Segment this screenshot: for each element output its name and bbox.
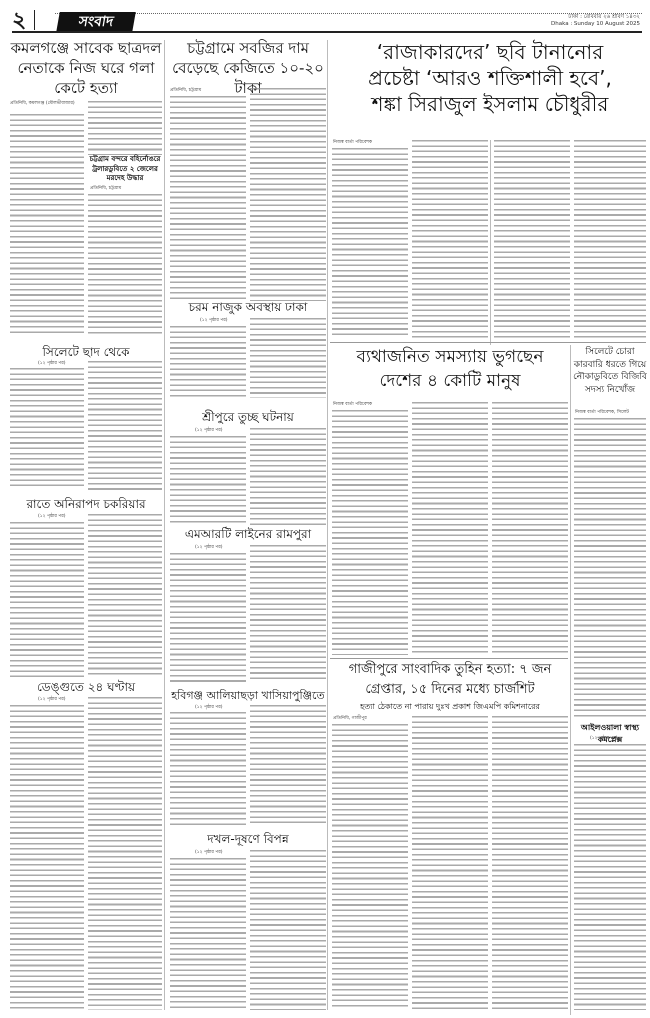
byline-sylhet-roof: (১২ পৃষ্ঠার পর) (38, 361, 88, 367)
article-body-gazipur (332, 724, 408, 1010)
article-body-razakar-4 (574, 140, 646, 338)
article-body-razakar (332, 148, 408, 338)
newspaper-logo: সংবাদ (56, 12, 136, 32)
headline-ctg-port: চট্টগ্রাম বন্দরে বহির্নোঙরে ট্রলারডুবিতে… (88, 155, 162, 184)
byline-chakaria: (১২ পৃষ্ঠার পর) (38, 514, 88, 520)
article-body-gazipur-2 (412, 716, 488, 1010)
article-body-kamalganj-2 (88, 101, 162, 155)
article-body-pain-3 (492, 402, 568, 655)
headline-hobiganj: হবিগঞ্জ আলিয়াছড়া খাসিয়াপুঞ্জিতে (168, 688, 328, 703)
article-body-chakaria-2 (88, 514, 162, 677)
headline-dokhol: দখল-দূষণে বিপন্ন (168, 832, 328, 847)
column-divider (570, 345, 571, 1015)
article-body-mrt (170, 553, 246, 683)
article-body-sylhet-roof-2 (88, 361, 162, 490)
article-body-razakar-2 (412, 140, 488, 338)
byline-mrt: (১২ পৃষ্ঠার পর) (195, 545, 245, 551)
article-body-pain (332, 410, 408, 655)
date-english: Dhaka : Sunday 10 August 2025 (551, 21, 640, 28)
article-body-sylhet-roof (10, 368, 84, 490)
headline-gazipur-line2: গ্রেপ্তার, ১৫ দিনের মধ্যে চার্জশিট (330, 680, 570, 699)
article-body-pain-2 (412, 402, 488, 655)
article-body-bgb (574, 418, 646, 718)
headline-dhaka-fragile: চরম নাজুক অবস্থায় ঢাকা (168, 300, 328, 315)
byline-pain: নিজস্ব বার্তা পরিবেশক (333, 402, 408, 408)
byline-ctg-port: প্রতিনিধি, চট্টগ্রাম (90, 186, 160, 192)
subheadline-gazipur: হত্যা ঠেকাতে না পারায় দুঃখ প্রকাশ জিএমপ… (330, 701, 570, 713)
byline-razakar: নিজস্ব বার্তা পরিবেশক (333, 140, 408, 146)
byline-hobiganj: (১২ পৃষ্ঠার পর) (195, 705, 245, 711)
article-body-dhaka-fragile-2 (250, 318, 326, 398)
masthead-divider (34, 10, 35, 30)
article-body-ailwala (574, 744, 646, 1010)
column-divider (327, 40, 328, 1010)
masthead-date: ঢাকা : রোববার ২৬ শ্রাবণ ১৪৩২ Dhaka : Sun… (551, 14, 640, 28)
byline-sreepur: (১২ পৃষ্ঠার পর) (195, 428, 245, 434)
article-body-dengue-2 (88, 697, 162, 1010)
article-body-gazipur-3 (492, 716, 568, 1010)
headline-sylhet-roof: সিলেটে ছাদ থেকে (6, 345, 166, 360)
byline-gazipur: প্রতিনিধি, গাজীপুর (333, 716, 408, 722)
headline-razakar-line2: প্রচেষ্টা ‘আরও শক্তিশালী হবে’, (330, 66, 650, 90)
headline-razakar-line1: ‘রাজাকারদের’ ছবি টানানোর (330, 40, 650, 64)
article-body-ctg-vegetables-2 (250, 88, 326, 301)
date-bengali: ঢাকা : রোববার ২৬ শ্রাবণ ১৪৩২ (551, 14, 640, 21)
article-body-chakaria (10, 522, 84, 677)
section-rule (330, 658, 568, 659)
article-body-ctg-vegetables (170, 96, 246, 301)
article-body-kamalganj (10, 114, 84, 336)
article-body-sreepur-2 (250, 428, 326, 526)
article-body-dokhol (170, 858, 246, 1010)
article-body-ctg-port (88, 194, 162, 336)
byline-dokhol: (১২ পৃষ্ঠার পর) (195, 850, 245, 856)
article-body-dokhol-2 (250, 850, 326, 1010)
headline-mrt: এমআরটি লাইনের রামপুরা (168, 527, 328, 542)
byline-kamalganj: প্রতিনিধি, কমলগঞ্জ (মৌলভীবাজার) (10, 101, 85, 107)
section-rule (330, 342, 646, 343)
article-body-dhaka-fragile (170, 326, 246, 398)
headline-kamalganj: কমলগঞ্জে সাবেক ছাত্রদল নেতাকে নিজ ঘরে গল… (6, 38, 166, 98)
headline-sreepur: শ্রীপুরে তুচ্ছ ঘটনায় (168, 410, 328, 425)
headline-bgb: সিলেটে চোরা কারবারি ধরতে গিয়ে নৌকাডুবিত… (572, 346, 648, 396)
headline-ailwala: আইলওয়ালা স্বাস্থ্য কমপ্লেক্স (572, 722, 648, 746)
column-divider (164, 40, 165, 1010)
headline-dengue: ডেঙ্গুতে ২৪ ঘণ্টায় (6, 680, 166, 695)
headline-gazipur-line1: গাজীপুরে সাংবাদিক তুহিন হত্যা: ৭ জন (330, 660, 570, 679)
column-divider (490, 140, 491, 345)
headline-pain-line1: ব্যথাজনিত সমস্যায় ভুগছেন (330, 346, 570, 368)
byline-bgb: নিজস্ব বার্তা পরিবেশক, সিলেট (575, 410, 647, 416)
masthead: ২ সংবাদ ঢাকা : রোববার ২৬ শ্রাবণ ১৪৩২ Dha… (0, 0, 650, 32)
byline-ailwala: (১২ পৃষ্ঠার পর) (590, 736, 640, 742)
headline-chakaria: রাতে অনিরাপদ চকরিয়ার (6, 497, 166, 512)
headline-pain-line2: দেশের ৪ কোটি মানুষ (330, 370, 570, 392)
headline-razakar-line3: শঙ্কা সিরাজুল ইসলাম চৌধুরীর (330, 92, 650, 116)
page-number: ২ (12, 10, 26, 32)
article-body-sreepur (170, 436, 246, 526)
article-body-mrt-2 (250, 545, 326, 683)
masthead-rule (12, 31, 642, 33)
article-body-hobiganj-2 (250, 705, 326, 827)
byline-dengue: (১২ পৃষ্ঠার পর) (38, 697, 88, 703)
article-body-razakar-3 (494, 140, 570, 338)
byline-ctg-vegetables: প্রতিনিধি, চট্টগ্রাম (170, 88, 244, 94)
article-body-dengue (10, 705, 84, 1010)
article-body-hobiganj (170, 712, 246, 827)
